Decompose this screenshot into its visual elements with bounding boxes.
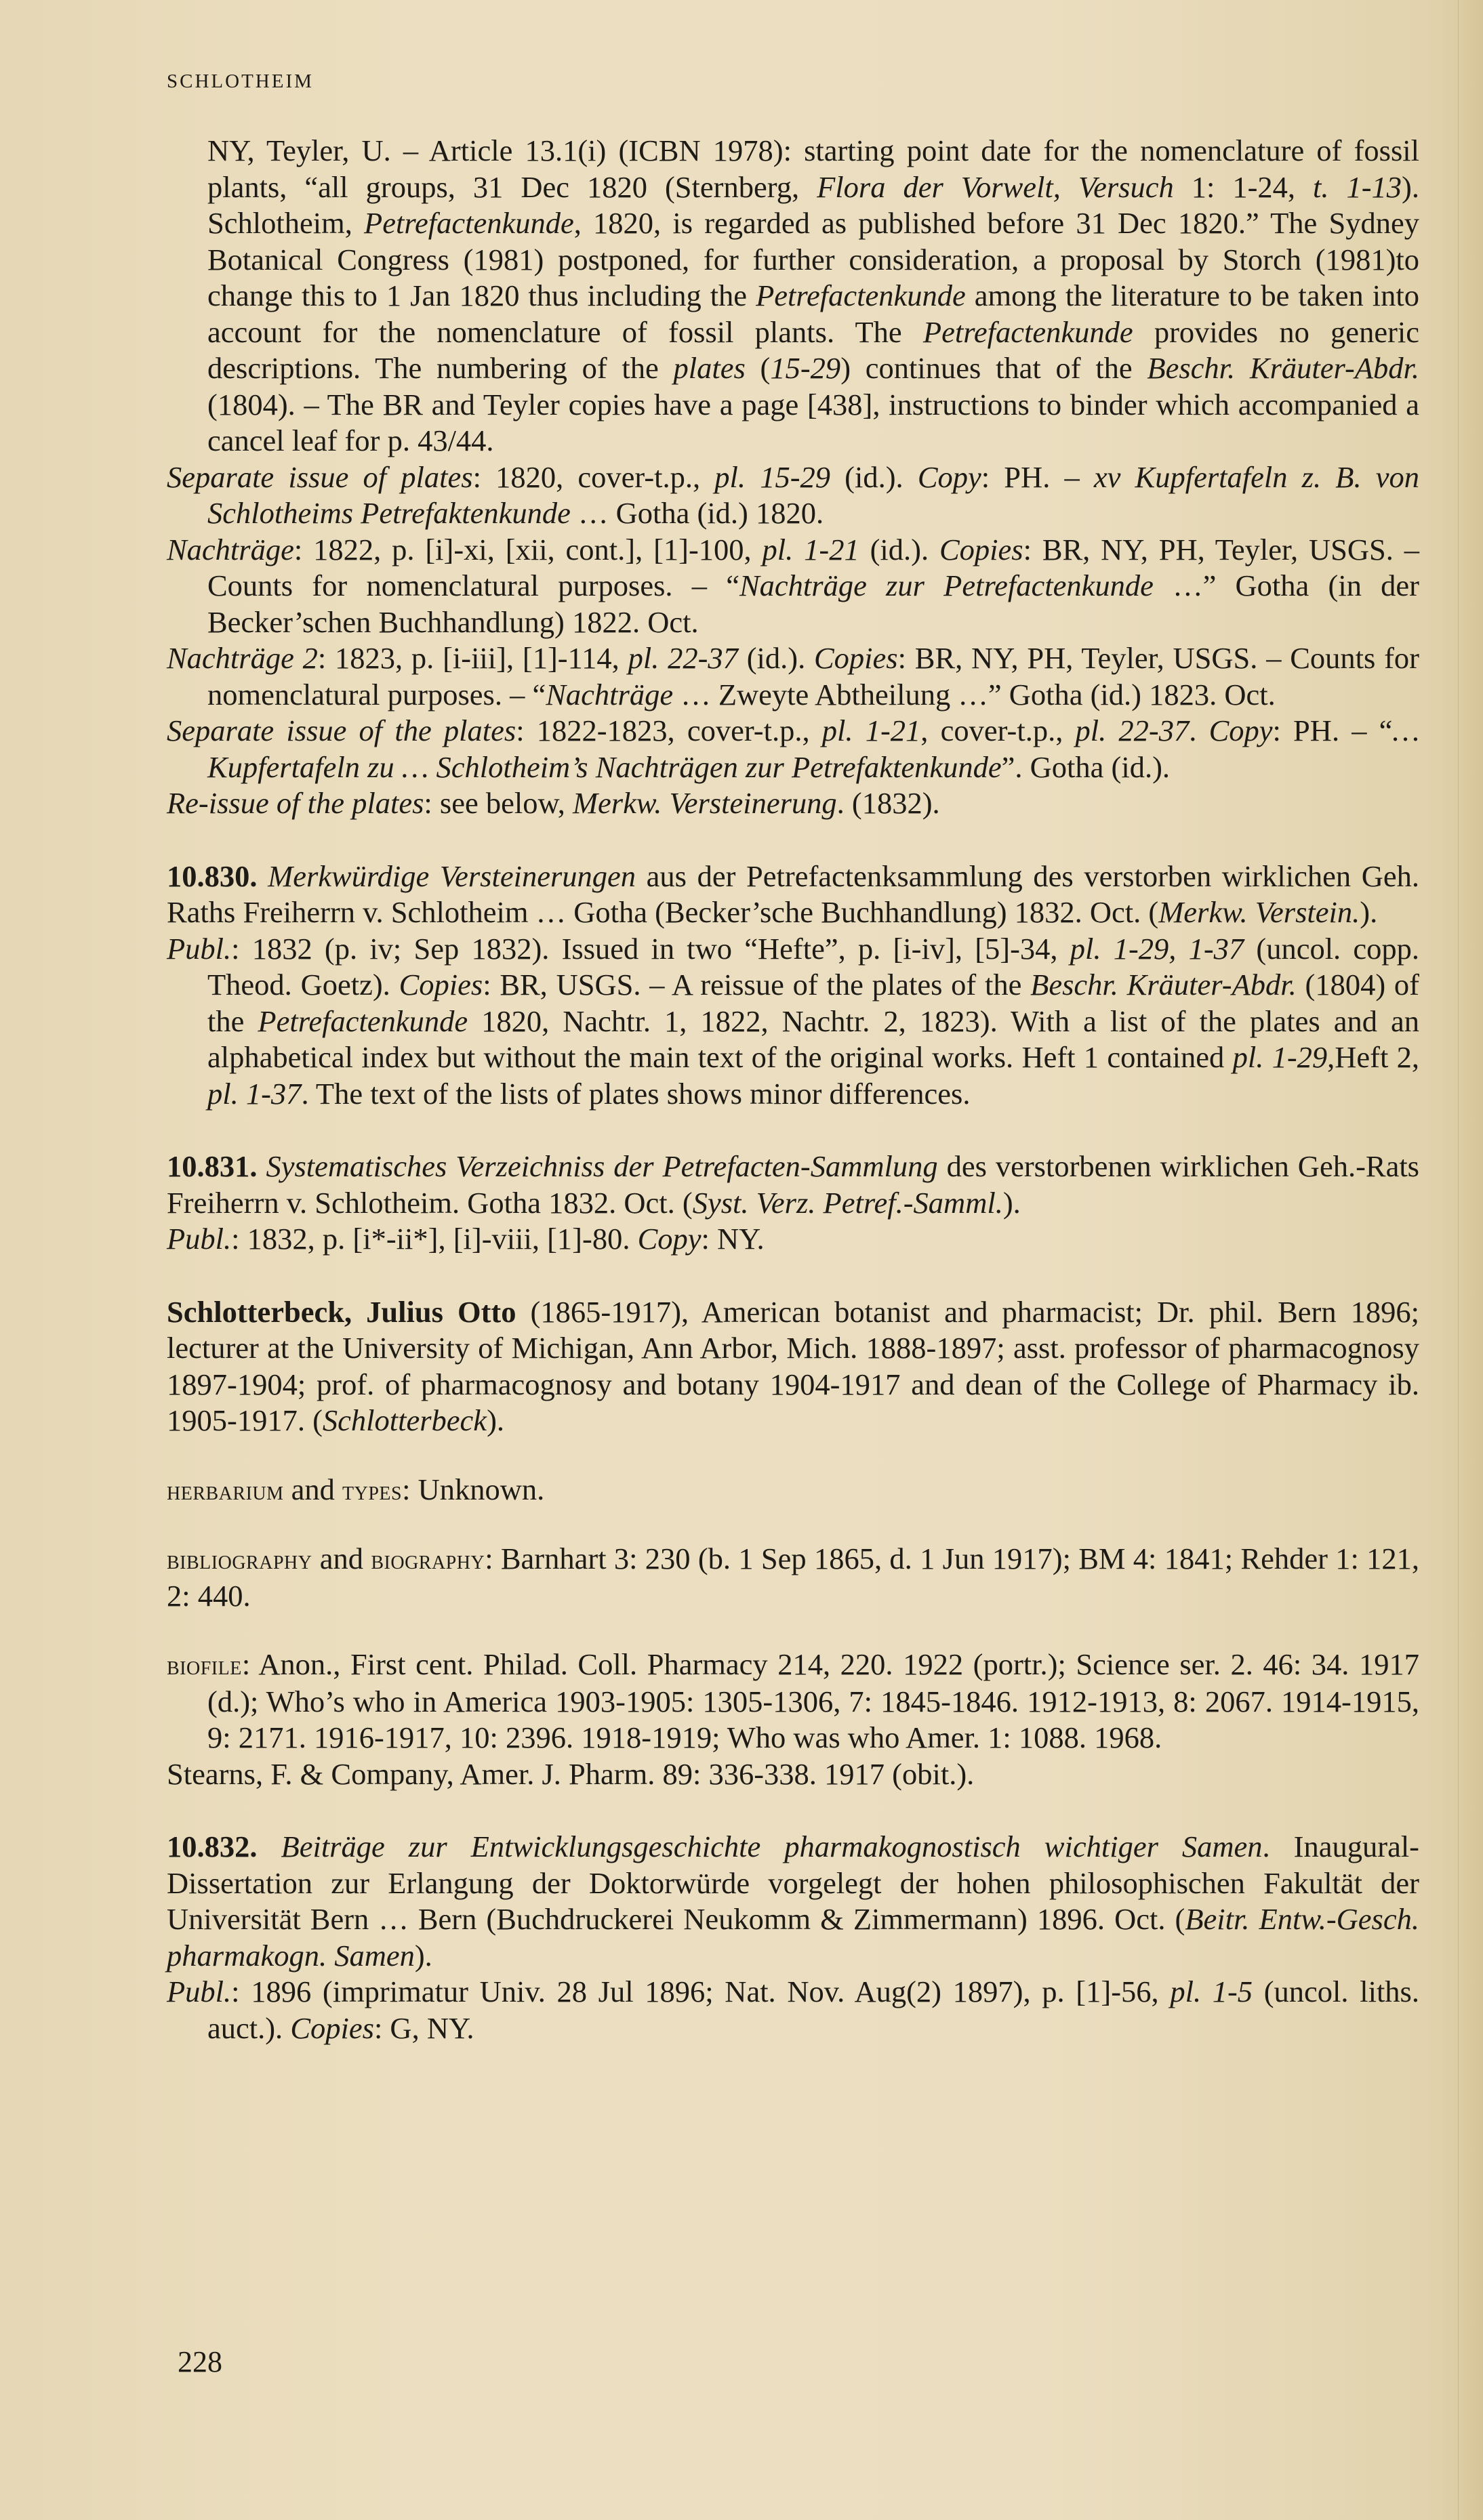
entry-number: 10.832. (167, 1830, 258, 1863)
adjacent-page-edge (1458, 0, 1483, 2520)
reissue-plates: Re-issue of the plates: see below, Merkw… (167, 785, 1419, 822)
author-entry-schlotterbeck: Schlotterbeck, Julius Otto (1865-1917), … (167, 1294, 1419, 1439)
biofile: biofile: Anon., First cent. Philad. Coll… (167, 1647, 1419, 1756)
entry-number: 10.831. (167, 1149, 258, 1183)
entry-10832-title: 10.832. Beiträge zur Entwicklungsgeschic… (167, 1829, 1419, 1974)
nachtraege-2-1823: Nachträge 2: 1823, p. [i-iii], [1]-114, … (167, 640, 1419, 713)
nachtraege-1822: Nachträge: 1822, p. [i]-xi, [xii, cont.]… (167, 532, 1419, 641)
page-body: NY, Teyler, U. – Article 13.1(i) (ICBN 1… (167, 133, 1419, 2046)
page-number: 228 (178, 2345, 222, 2379)
running-head: SCHLOTHEIM (167, 70, 314, 93)
author-name: Schlotterbeck, Julius Otto (167, 1295, 516, 1329)
entry-10831-title: 10.831. Systematisches Verzeichniss der … (167, 1149, 1419, 1221)
entry-10830-title: 10.830. Merkwürdige Versteinerungen aus … (167, 859, 1419, 931)
herbarium-and-types: herbarium and types: Unknown. (167, 1472, 1419, 1509)
separate-issue-plates-1820: Separate issue of plates: 1820, cover-t.… (167, 459, 1419, 532)
entry-10830-publication: Publ.: 1832 (p. iv; Sep 1832). Issued in… (167, 931, 1419, 1113)
separate-issue-plates-1822-1823: Separate issue of the plates: 1822-1823,… (167, 713, 1419, 785)
entry-number: 10.830. (167, 859, 258, 893)
entry-10832-publication: Publ.: 1896 (imprimatur Univ. 28 Jul 189… (167, 1974, 1419, 2046)
bibliography-and-biography: bibliography and biography: Barnhart 3: … (167, 1541, 1419, 1614)
continuation-paragraph: NY, Teyler, U. – Article 13.1(i) (ICBN 1… (167, 133, 1419, 459)
biofile-stearns: Stearns, F. & Company, Amer. J. Pharm. 8… (167, 1756, 1419, 1793)
book-page: SCHLOTHEIM NY, Teyler, U. – Article 13.1… (0, 0, 1483, 2520)
entry-10831-publication: Publ.: 1832, p. [i*-ii*], [i]-viii, [1]-… (167, 1221, 1419, 1258)
